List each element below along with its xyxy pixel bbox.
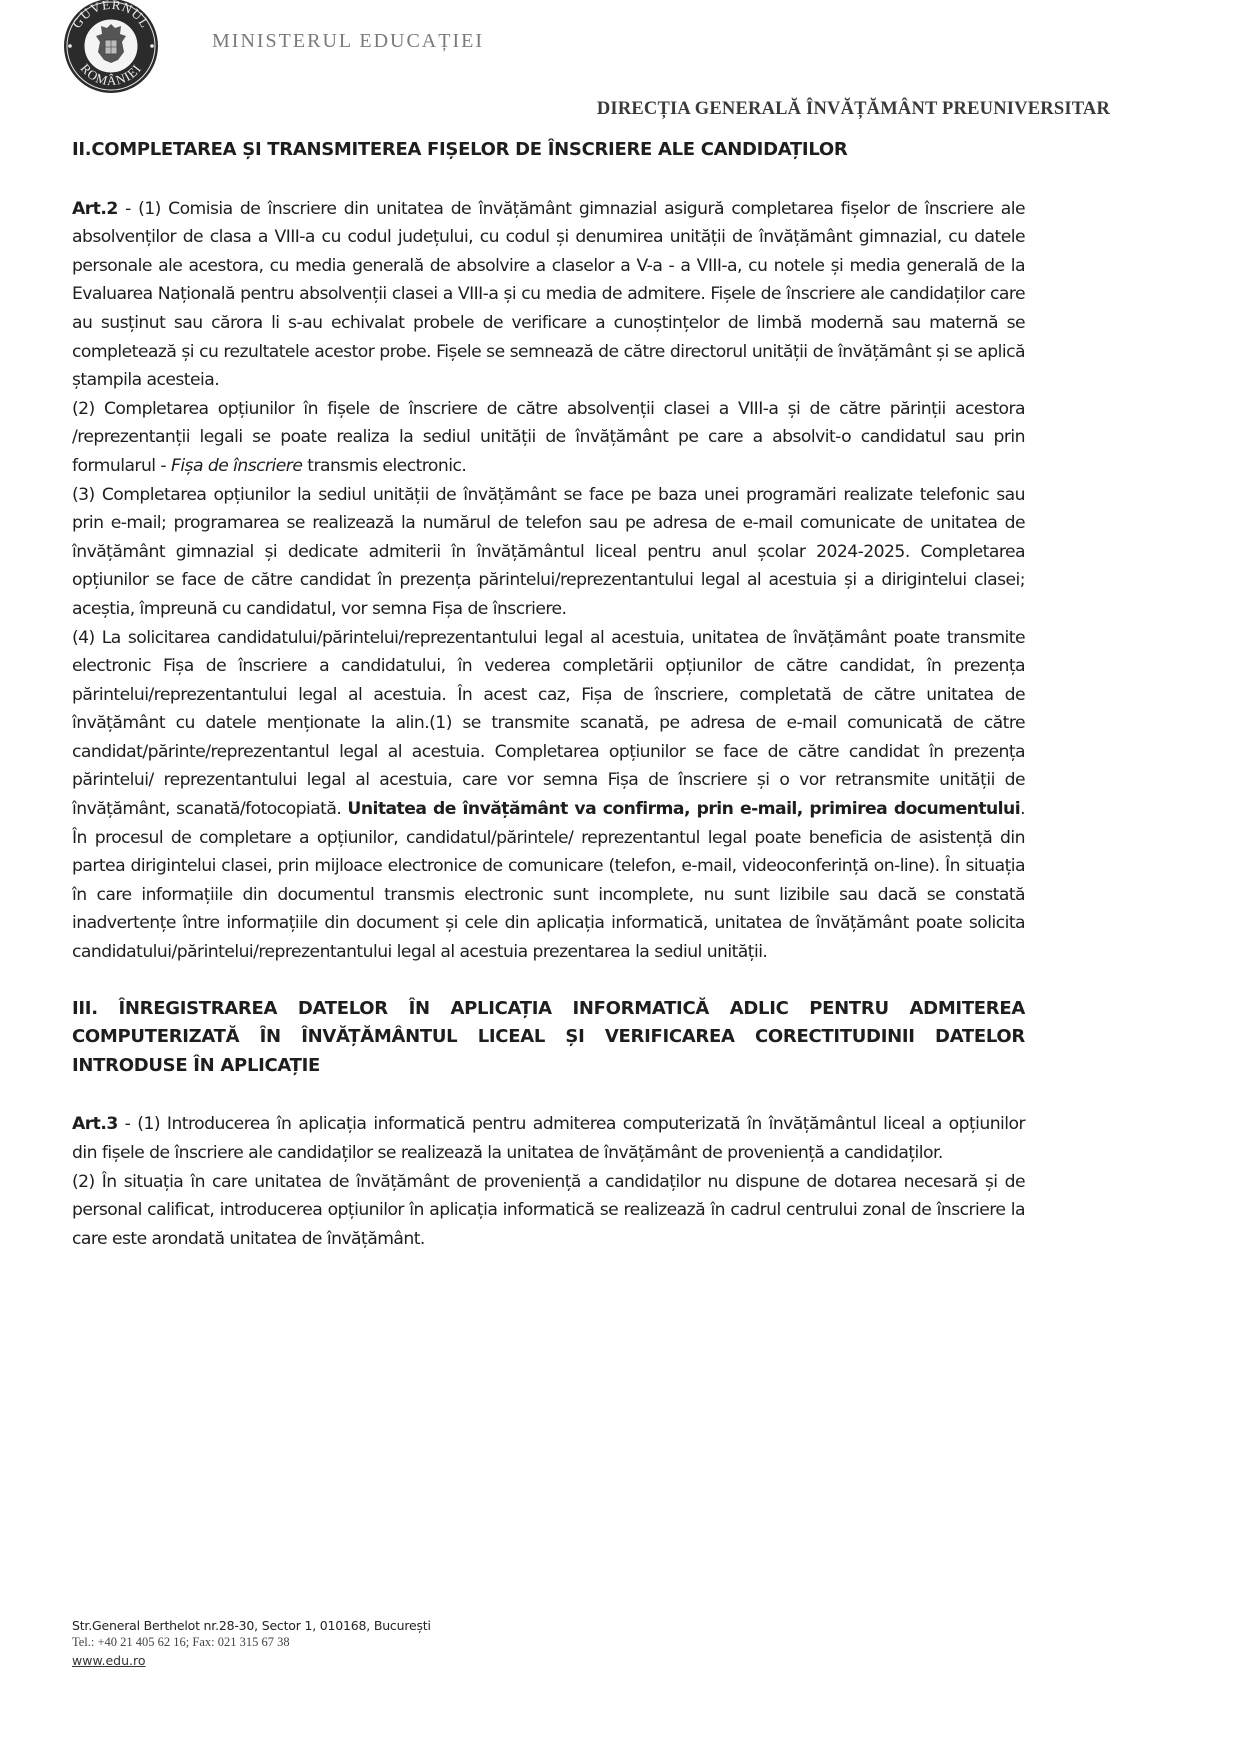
section-2-title: II.COMPLETAREA ȘI TRANSMITEREA FIȘELOR D… — [72, 136, 1025, 165]
document-body: II.COMPLETAREA ȘI TRANSMITEREA FIȘELOR D… — [72, 136, 1025, 1253]
section-3-title: III. ÎNREGISTRAREA DATELOR ÎN APLICAȚIA … — [72, 995, 1025, 1081]
footer-address: Str.General Berthelot nr.28-30, Sector 1… — [72, 1617, 431, 1634]
ministry-name: MINISTERUL EDUCAȚIEI — [212, 30, 484, 53]
article-2-label: Art.2 — [72, 199, 118, 219]
document-page: GUVERNUL ROMÂNIEI MINISTERUL EDUCAȚIEI D… — [0, 0, 1240, 1753]
government-emblem-icon: GUVERNUL ROMÂNIEI — [62, 0, 160, 112]
form-name: Fișa de înscriere — [171, 456, 302, 476]
article-2-paragraph-4: (4) La solicitarea candidatului/părintel… — [72, 624, 1025, 967]
article-2-paragraph-3: (3) Completarea opțiunilor la sediul uni… — [72, 481, 1025, 624]
footer: Str.General Berthelot nr.28-30, Sector 1… — [72, 1617, 431, 1670]
article-2-paragraph-2: (2) Completarea opțiunilor în fișele de … — [72, 395, 1025, 481]
article-3-paragraph-1: Art.3 - (1) Introducerea în aplicația in… — [72, 1110, 1025, 1167]
article-2-paragraph-1: Art.2 - (1) Comisia de înscriere din uni… — [72, 195, 1025, 395]
direction-name: DIRECȚIA GENERALĂ ÎNVĂȚĂMÂNT PREUNIVERSI… — [597, 99, 1110, 120]
footer-phone-fax: Tel.: +40 21 405 62 16; Fax: 021 315 67 … — [72, 1634, 431, 1651]
article-3-paragraph-2: (2) În situația în care unitatea de învă… — [72, 1168, 1025, 1254]
footer-website-link[interactable]: www.edu.ro — [72, 1651, 431, 1670]
confirmation-notice: Unitatea de învățământ va confirma, prin… — [347, 799, 1020, 819]
article-3-label: Art.3 — [72, 1114, 118, 1134]
